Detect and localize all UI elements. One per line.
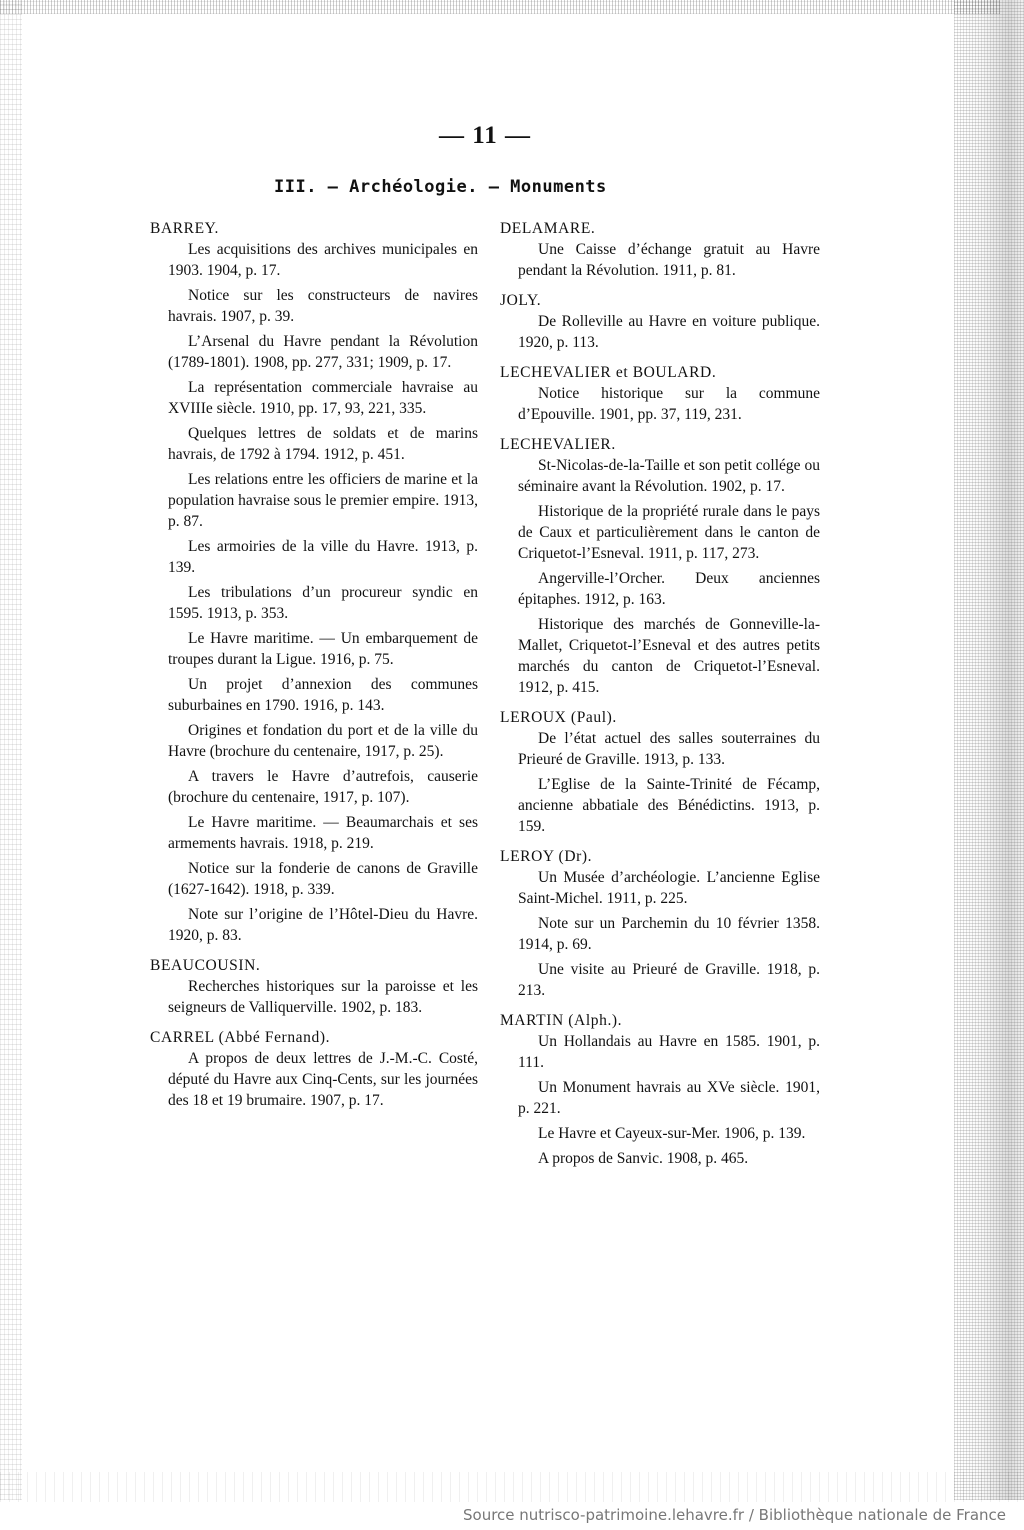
bibliography-entry: Note sur un Parchemin du 10 février 1358… — [518, 913, 820, 955]
bibliography-entry: Le Havre maritime. — Un embarquement de … — [168, 628, 478, 670]
bibliography-entry: Une visite au Prieuré de Graville. 1918,… — [518, 959, 820, 1001]
bibliography-entry: Un Musée d’archéologie. L’ancienne Eglis… — [518, 867, 820, 909]
bibliography-entry: Historique de la propriété rurale dans l… — [518, 501, 820, 564]
bibliography-entry: Notice sur la fonderie de canons de Grav… — [168, 858, 478, 900]
bibliography-entry: Les relations entre les officiers de mar… — [168, 469, 478, 532]
author-name: CARREL (Abbé Fernand). — [150, 1027, 478, 1048]
author-block: BARREY.Les acquisitions des archives mun… — [150, 218, 478, 946]
bibliography-entry: Quelques lettres de soldats et de marins… — [168, 423, 478, 465]
author-block: MARTIN (Alph.).Un Hollandais au Havre en… — [500, 1010, 820, 1169]
bibliography-entry: Recherches historiques sur la paroisse e… — [168, 976, 478, 1018]
right-column: DELAMARE.Une Caisse d’échange gratuit au… — [500, 218, 820, 1178]
author-block: LEROUX (Paul).De l’état actuel des salle… — [500, 707, 820, 837]
author-block: JOLY.De Rolleville au Havre en voiture p… — [500, 290, 820, 353]
bibliography-entry: La représentation commerciale havraise a… — [168, 377, 478, 419]
author-name: JOLY. — [500, 290, 820, 311]
author-name: BEAUCOUSIN. — [150, 955, 478, 976]
author-block: DELAMARE.Une Caisse d’échange gratuit au… — [500, 218, 820, 281]
section-title: III. — Archéologie. — Monuments — [274, 177, 607, 197]
author-block: CARREL (Abbé Fernand).A propos de deux l… — [150, 1027, 478, 1111]
author-name: LEROY (Dr). — [500, 846, 820, 867]
bibliography-entry: Origines et fondation du port et de la v… — [168, 720, 478, 762]
bibliography-entry: Note sur l’origine de l’Hôtel-Dieu du Ha… — [168, 904, 478, 946]
author-name: MARTIN (Alph.). — [500, 1010, 820, 1031]
author-block: LEROY (Dr).Un Musée d’archéologie. L’anc… — [500, 846, 820, 1001]
author-name: LEROUX (Paul). — [500, 707, 820, 728]
scan-noise-top — [0, 0, 1000, 14]
bibliography-entry: Un projet d’annexion des communes suburb… — [168, 674, 478, 716]
author-name: LECHEVALIER. — [500, 434, 820, 455]
bibliography-entry: Notice historique sur la commune d’Epouv… — [518, 383, 820, 425]
bibliography-entry: Une Caisse d’échange gratuit au Havre pe… — [518, 239, 820, 281]
scan-noise-left — [0, 0, 22, 1500]
author-block: BEAUCOUSIN.Recherches historiques sur la… — [150, 955, 478, 1018]
bibliography-entry: Les tribulations d’un procureur syndic e… — [168, 582, 478, 624]
bibliography-entry: L’Eglise de la Sainte-Trinité de Fécamp,… — [518, 774, 820, 837]
bibliography-entry: Les acquisitions des archives municipale… — [168, 239, 478, 281]
scan-noise-right — [954, 0, 1024, 1500]
bibliography-entry: Historique des marchés de Gonneville-la-… — [518, 614, 820, 698]
author-name: BARREY. — [150, 218, 478, 239]
bibliography-entry: De Rolleville au Havre en voiture publiq… — [518, 311, 820, 353]
author-block: LECHEVALIER.St-Nicolas-de-la-Taille et s… — [500, 434, 820, 698]
bibliography-entry: Le Havre et Cayeux-sur-Mer. 1906, p. 139… — [518, 1123, 820, 1144]
bibliography-entry: Notice sur les constructeurs de navires … — [168, 285, 478, 327]
bibliography-entry: Un Hollandais au Havre en 1585. 1901, p.… — [518, 1031, 820, 1073]
bibliography-entry: A travers le Havre d’autrefois, causerie… — [168, 766, 478, 808]
scan-noise-bottom — [0, 1472, 1024, 1502]
bibliography-entry: L’Arsenal du Havre pendant la Révolution… — [168, 331, 478, 373]
bibliography-entry: A propos de deux lettres de J.-M.-C. Cos… — [168, 1048, 478, 1111]
left-column: BARREY.Les acquisitions des archives mun… — [150, 218, 478, 1120]
bibliography-entry: Les armoiries de la ville du Havre. 1913… — [168, 536, 478, 578]
bibliography-entry: St-Nicolas-de-la-Taille et son petit col… — [518, 455, 820, 497]
bibliography-entry: Un Monument havrais au XVe siècle. 1901,… — [518, 1077, 820, 1119]
bibliography-entry: Le Havre maritime. — Beaumarchais et ses… — [168, 812, 478, 854]
page-number: — 11 — — [0, 122, 970, 150]
bibliography-entry: Angerville-l’Orcher. Deux anciennes épit… — [518, 568, 820, 610]
author-name: DELAMARE. — [500, 218, 820, 239]
author-name: LECHEVALIER et BOULARD. — [500, 362, 820, 383]
author-block: LECHEVALIER et BOULARD.Notice historique… — [500, 362, 820, 425]
bibliography-entry: De l’état actuel des salles souterraines… — [518, 728, 820, 770]
bibliography-entry: A propos de Sanvic. 1908, p. 465. — [518, 1148, 820, 1169]
source-attribution: Source nutrisco-patrimoine.lehavre.fr / … — [463, 1506, 1006, 1524]
